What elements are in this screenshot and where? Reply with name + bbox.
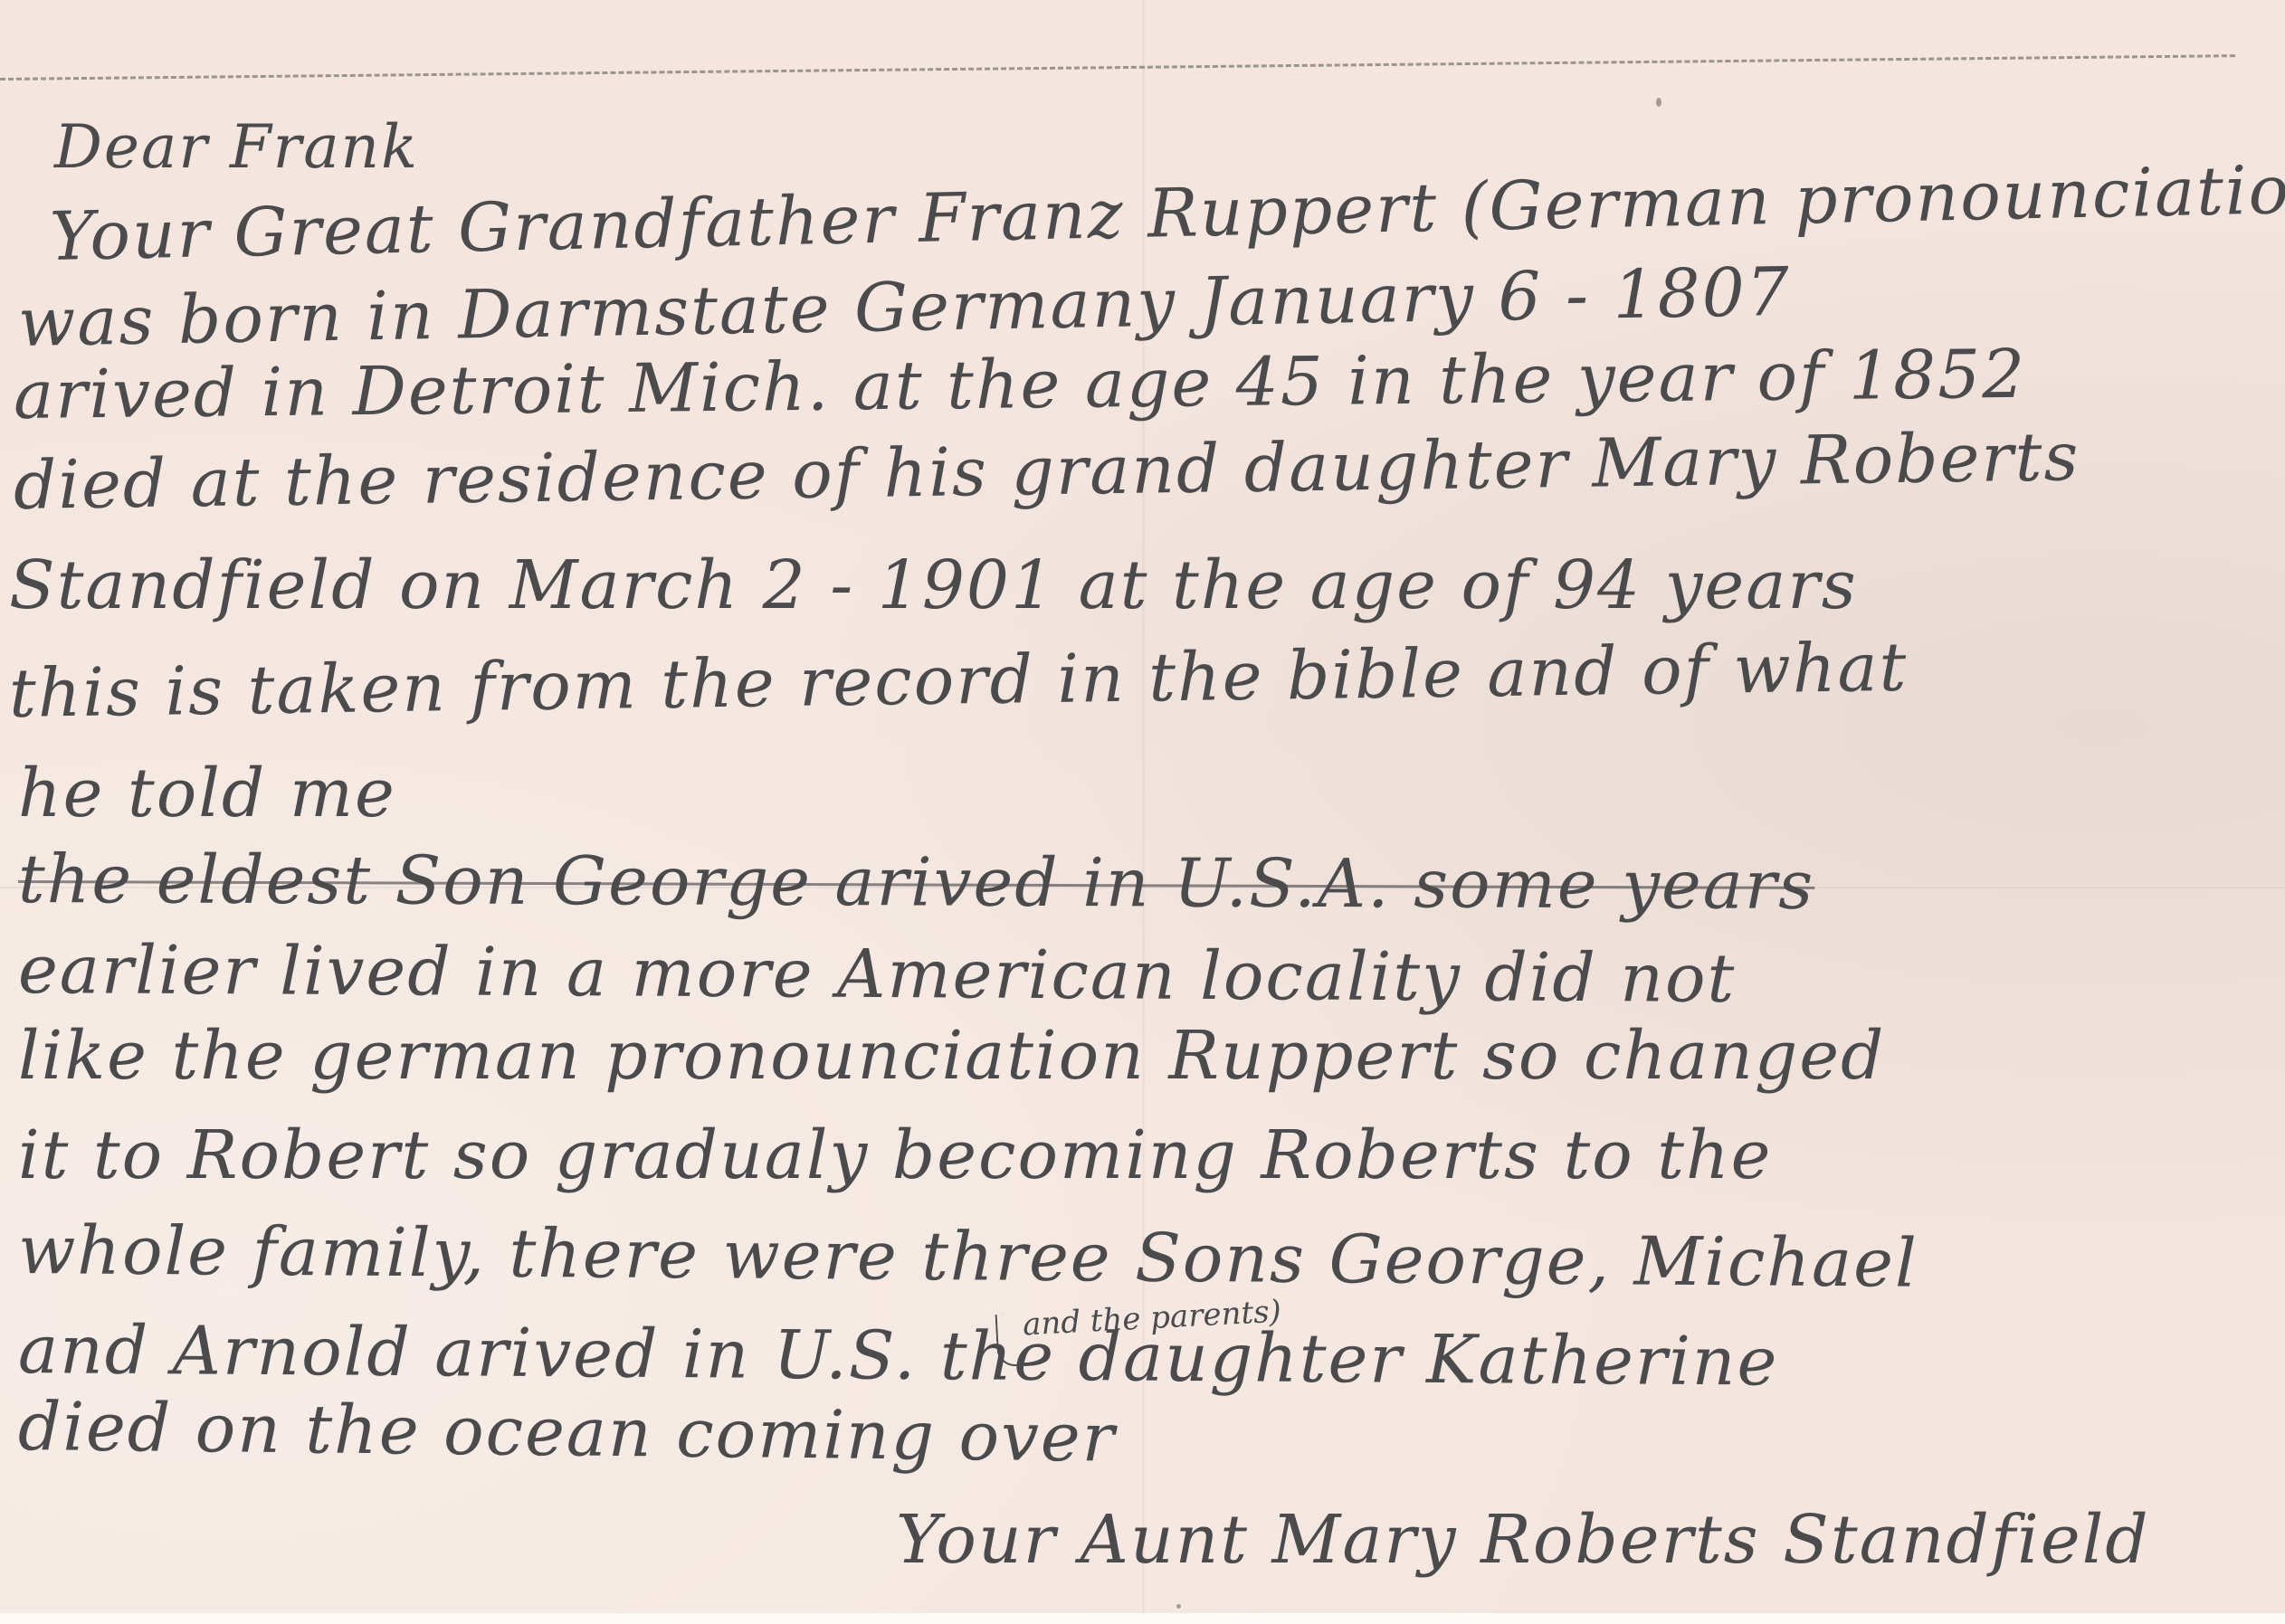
- letter-line-11: it to Robert so gradualy becoming Robert…: [18, 1122, 1772, 1189]
- letter-line-14: died on the ocean coming over: [18, 1393, 1117, 1472]
- letter-line-6: this is taken from the record in the bib…: [8, 634, 1908, 727]
- letter-line-5: Standfield on March 2 - 1901 at the age …: [9, 552, 1858, 619]
- letter-line-12: whole family, there were three Sons Geor…: [18, 1217, 1918, 1297]
- salutation: Dear Frank: [54, 118, 419, 177]
- ink-speck: [1656, 98, 1661, 107]
- letter-line-9: earlier lived in a more American localit…: [18, 936, 1737, 1012]
- handwritten-letter: Dear Frank Your Great Grandfather Franz …: [0, 0, 2285, 1613]
- letter-line-8-struck: the eldest Son George arived in U.S.A. s…: [18, 846, 1815, 919]
- letter-line-7: he told me: [18, 760, 396, 827]
- letter-line-13: and Arnold arived in U.S. the daughter K…: [18, 1316, 1779, 1396]
- letter-line-3: arived in Detroit Mich. at the age 45 in…: [14, 341, 2027, 429]
- signature: Your Aunt Mary Roberts Standfield: [896, 1506, 2150, 1573]
- letter-line-4: died at the residence of his grand daugh…: [13, 423, 2080, 519]
- ink-speck: [1176, 1604, 1181, 1609]
- letter-line-10: like the german pronounciation Ruppert s…: [18, 1022, 1885, 1089]
